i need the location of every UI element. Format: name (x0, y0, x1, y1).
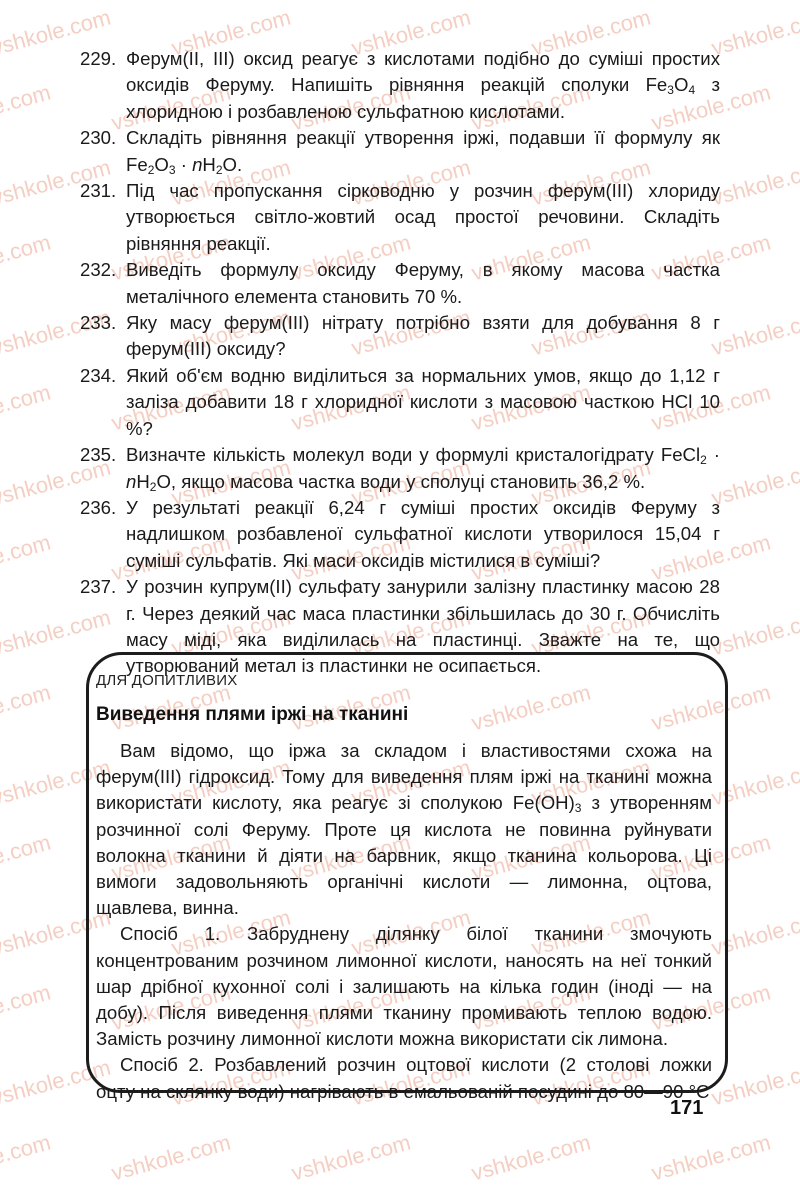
problem-text: Який об'єм водню виділиться за нормальни… (126, 363, 720, 442)
watermark-text: vshkole.com (709, 455, 800, 512)
problem-item: 235.Визначте кількість молекул води у фо… (80, 442, 720, 495)
watermark-text: vshkole.com (709, 155, 800, 212)
problem-number: 232. (80, 257, 126, 310)
box-paragraph: Спосіб 2. Розбавлений розчин оцтової кис… (96, 1052, 712, 1104)
problem-number: 234. (80, 363, 126, 442)
box-paragraph: Спосіб 1. Забруднену ділянку білої ткани… (96, 921, 712, 1052)
box-label: ДЛЯ ДОПИТЛИВИХ (96, 672, 237, 689)
watermark-text: vshkole.com (0, 1130, 54, 1186)
watermark-text: vshkole.com (709, 5, 800, 62)
watermark-text: vshkole.com (289, 1130, 414, 1186)
box-paragraph: Вам відомо, що іржа за складом і властив… (96, 738, 712, 921)
problem-list: 229.Ферум(II, III) оксид реагує з кислот… (80, 46, 720, 680)
watermark-text: vshkole.com (0, 80, 54, 137)
problem-text: Під час пропускання сірководню у розчин … (126, 178, 720, 257)
problem-number: 236. (80, 495, 126, 574)
page-number: 171 (670, 1097, 703, 1120)
problem-text: Виведіть формулу оксиду Феруму, в якому … (126, 257, 720, 310)
problem-item: 229.Ферум(II, III) оксид реагує з кислот… (80, 46, 720, 125)
watermark-text: vshkole.com (0, 380, 54, 437)
problem-text: У результаті реакції 6,24 г суміші прост… (126, 495, 720, 574)
watermark-text: vshkole.com (109, 1130, 234, 1186)
problem-item: 230.Складіть рівняння реакції утворення … (80, 125, 720, 178)
problem-number: 233. (80, 310, 126, 363)
problem-text: Складіть рівняння реакції утворення іржі… (126, 125, 720, 178)
watermark-text: vshkole.com (709, 605, 800, 662)
problem-number: 231. (80, 178, 126, 257)
problem-text: Яку масу ферум(III) нітрату потрібно взя… (126, 310, 720, 363)
problem-number: 235. (80, 442, 126, 495)
problem-number: 229. (80, 46, 126, 125)
watermark-text: vshkole.com (709, 305, 800, 362)
problem-number: 230. (80, 125, 126, 178)
problem-item: 233.Яку масу ферум(III) нітрату потрібно… (80, 310, 720, 363)
watermark-text: vshkole.com (0, 230, 54, 287)
problem-text: Ферум(II, III) оксид реагує з кислотами … (126, 46, 720, 125)
watermark-text: vshkole.com (469, 1130, 594, 1186)
watermark-text: vshkole.com (0, 680, 54, 737)
box-body: Вам відомо, що іржа за складом і властив… (96, 738, 712, 1105)
box-title: Виведення плями іржі на тканині (96, 704, 408, 726)
problem-item: 231.Під час пропускання сірководню у роз… (80, 178, 720, 257)
watermark-text: vshkole.com (0, 830, 54, 887)
watermark-text: vshkole.com (0, 980, 54, 1037)
watermark-text: vshkole.com (0, 530, 54, 587)
problem-text: Визначте кількість молекул води у формул… (126, 442, 720, 495)
watermark-text: vshkole.com (649, 1130, 774, 1186)
problem-item: 234.Який об'єм водню виділиться за норма… (80, 363, 720, 442)
problem-item: 232.Виведіть формулу оксиду Феруму, в як… (80, 257, 720, 310)
problem-item: 236.У результаті реакції 6,24 г суміші п… (80, 495, 720, 574)
